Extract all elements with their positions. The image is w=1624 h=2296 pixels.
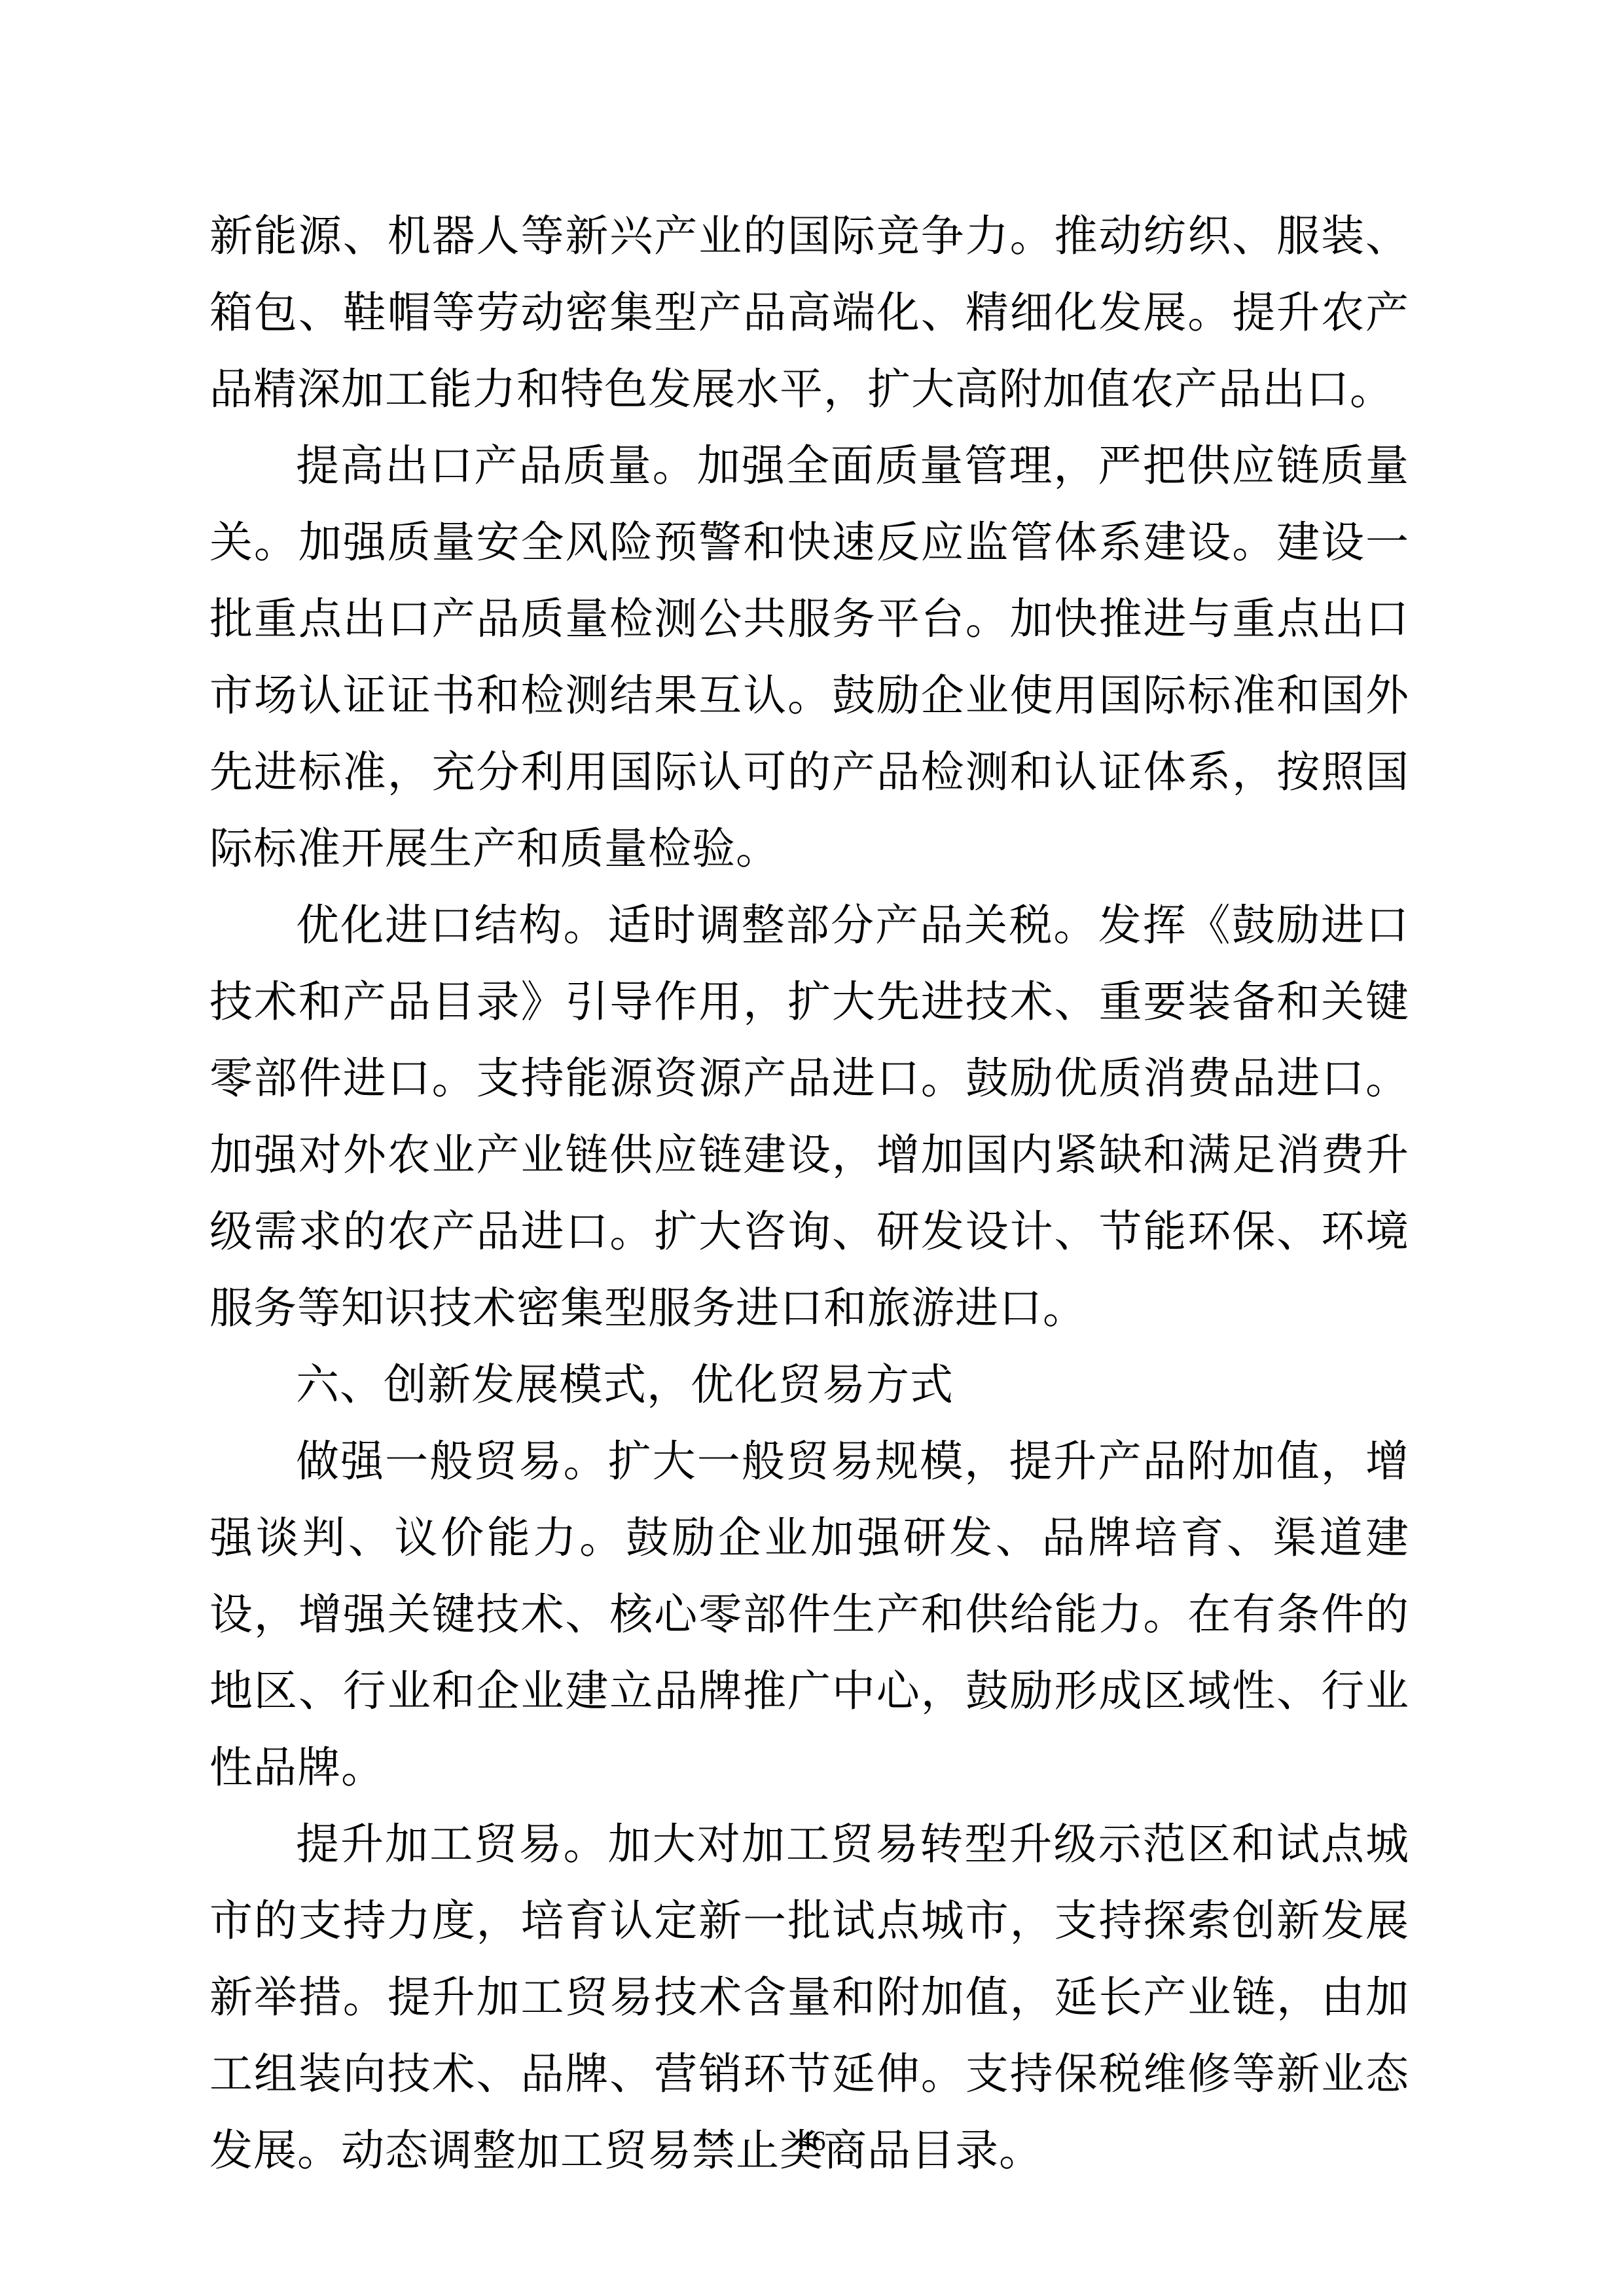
page-number: 46 bbox=[0, 2126, 1624, 2157]
document-page: 新能源、机器人等新兴产业的国际竞争力。推动纺织、服装、箱包、鞋帽等劳动密集型产品… bbox=[0, 0, 1624, 2296]
paragraph: 优化进口结构。适时调整部分产品关税。发挥《鼓励进口技术和产品目录》引导作用，扩大… bbox=[209, 888, 1409, 1347]
text-block: 新能源、机器人等新兴产业的国际竞争力。推动纺织、服装、箱包、鞋帽等劳动密集型产品… bbox=[209, 198, 1409, 2189]
section-heading: 六、创新发展模式，优化贸易方式 bbox=[209, 1347, 1409, 1424]
paragraph: 做强一般贸易。扩大一般贸易规模，提升产品附加值，增强谈判、议价能力。鼓励企业加强… bbox=[209, 1424, 1409, 1806]
paragraph-continuation: 新能源、机器人等新兴产业的国际竞争力。推动纺织、服装、箱包、鞋帽等劳动密集型产品… bbox=[209, 198, 1409, 428]
paragraph: 提高出口产品质量。加强全面质量管理，严把供应链质量关。加强质量安全风险预警和快速… bbox=[209, 428, 1409, 888]
